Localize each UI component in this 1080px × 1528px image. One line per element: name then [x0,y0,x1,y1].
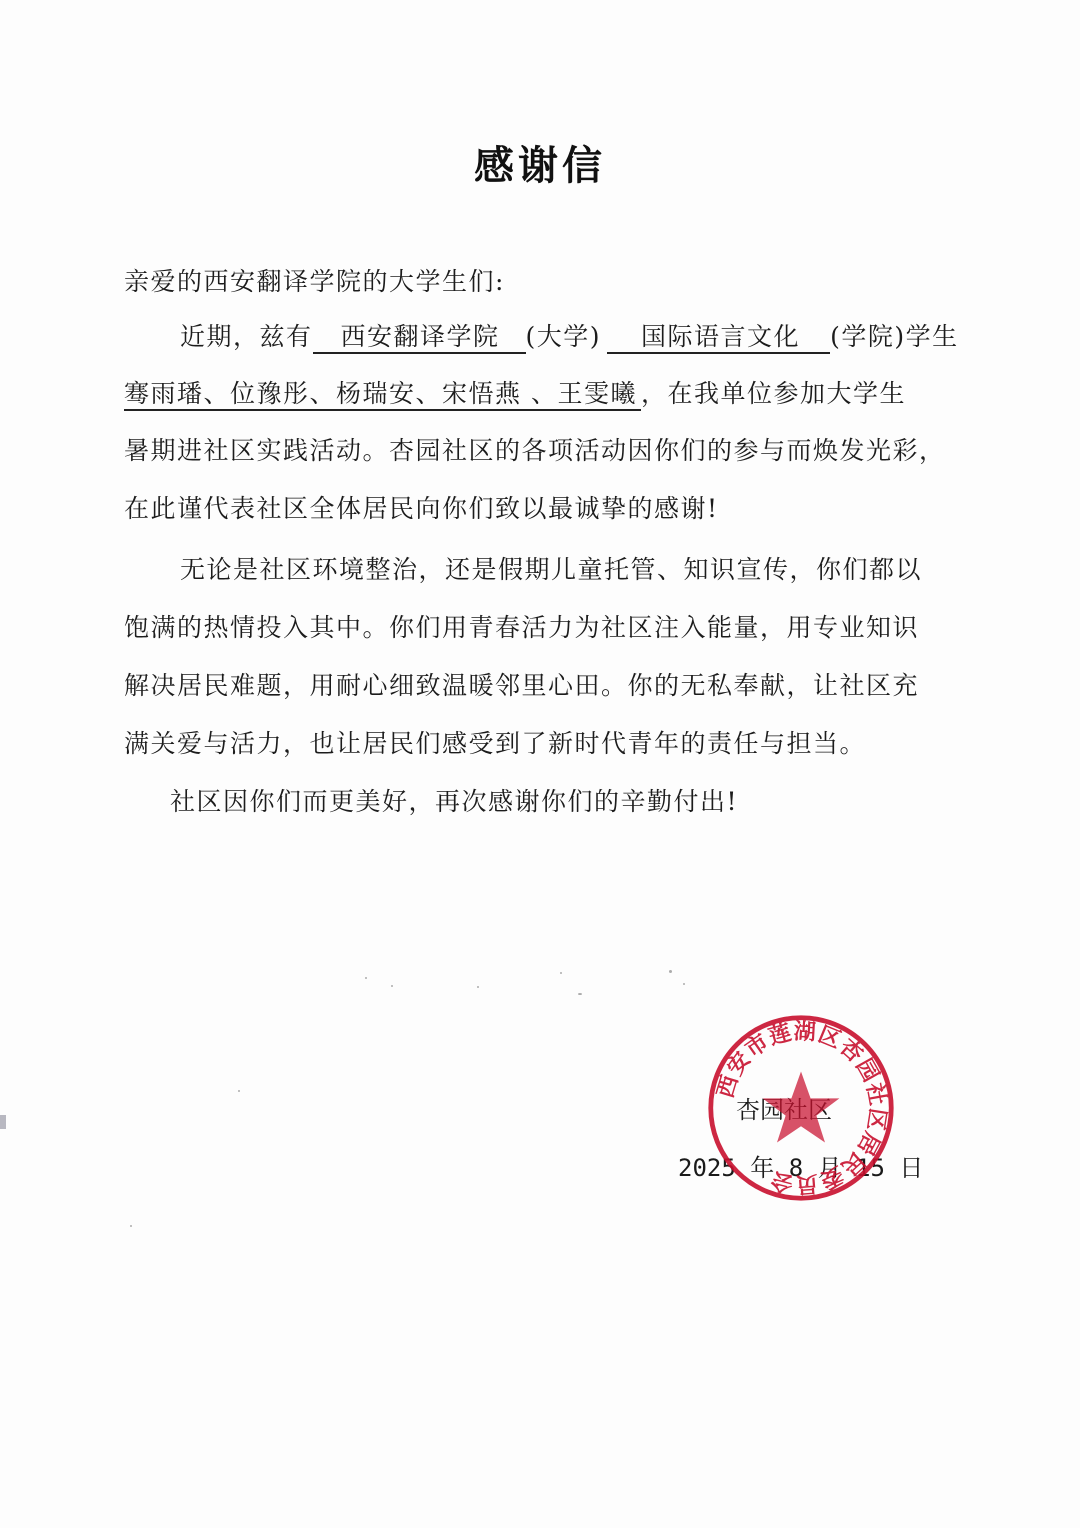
paragraph1-line2-suffix: ，在我单位参加大学生 [641,379,906,408]
paragraph2-line3: 解决居民难题，用耐心细致温暖邻里心田。你的无私奉献，让社区充 [124,669,919,703]
college-fill-field: 国际语言文化 [607,322,830,354]
paragraph1-line2: 骞雨璠、位豫彤、杨瑞安、宋悟燕 、王雯曦，在我单位参加大学生 [124,377,906,411]
scan-speck [477,986,479,988]
paragraph1-line3: 暑期进社区实践活动。杏园社区的各项活动因你们的参与而焕发光彩， [124,434,946,468]
letter-title: 感谢信 [0,134,1080,191]
letter-page: 感谢信 亲爱的西安翻译学院的大学生们: 近期，兹有西安翻译学院(大学)国际语言文… [0,0,1080,1528]
scan-speck [365,977,367,979]
scan-speck [391,985,393,987]
university-label: (大学) [526,322,602,351]
paragraph1-line4: 在此谨代表社区全体居民向你们致以最诚挚的感谢! [124,492,719,526]
students-fill-field: 骞雨璠、位豫彤、杨瑞安、宋悟燕 、王雯曦 [124,379,641,411]
paragraph1-prefix: 近期，兹有 [180,322,313,351]
scan-speck [669,970,672,973]
paragraph2-line2: 饱满的热情投入其中。你们用青春活力为社区注入能量，用专业知识 [124,611,919,645]
scan-speck [130,1225,132,1227]
scan-speck [560,972,562,974]
university-fill-field: 西安翻译学院 [313,322,526,354]
signature-date: 2025 年 8 月 15 日 [678,1148,923,1183]
college-label: (学院)学生 [830,322,959,351]
paragraph1-line1: 近期，兹有西安翻译学院(大学)国际语言文化(学院)学生 [180,320,959,354]
paragraph2-line1: 无论是社区环境整治，还是假期儿童托管、知识宣传，你们都以 [180,553,922,587]
scan-edge-mark [0,1115,6,1129]
salutation: 亲爱的西安翻译学院的大学生们: [124,265,505,299]
signature-organization: 杏园社区 [736,1090,832,1125]
scan-speck [238,1090,240,1092]
scan-speck [683,983,685,985]
paragraph3-line1: 社区因你们而更美好，再次感谢你们的辛勤付出! [170,785,738,819]
paragraph2-line4: 满关爱与活力，也让居民们感受到了新时代青年的责任与担当。 [124,727,866,761]
scan-speck [578,993,582,995]
